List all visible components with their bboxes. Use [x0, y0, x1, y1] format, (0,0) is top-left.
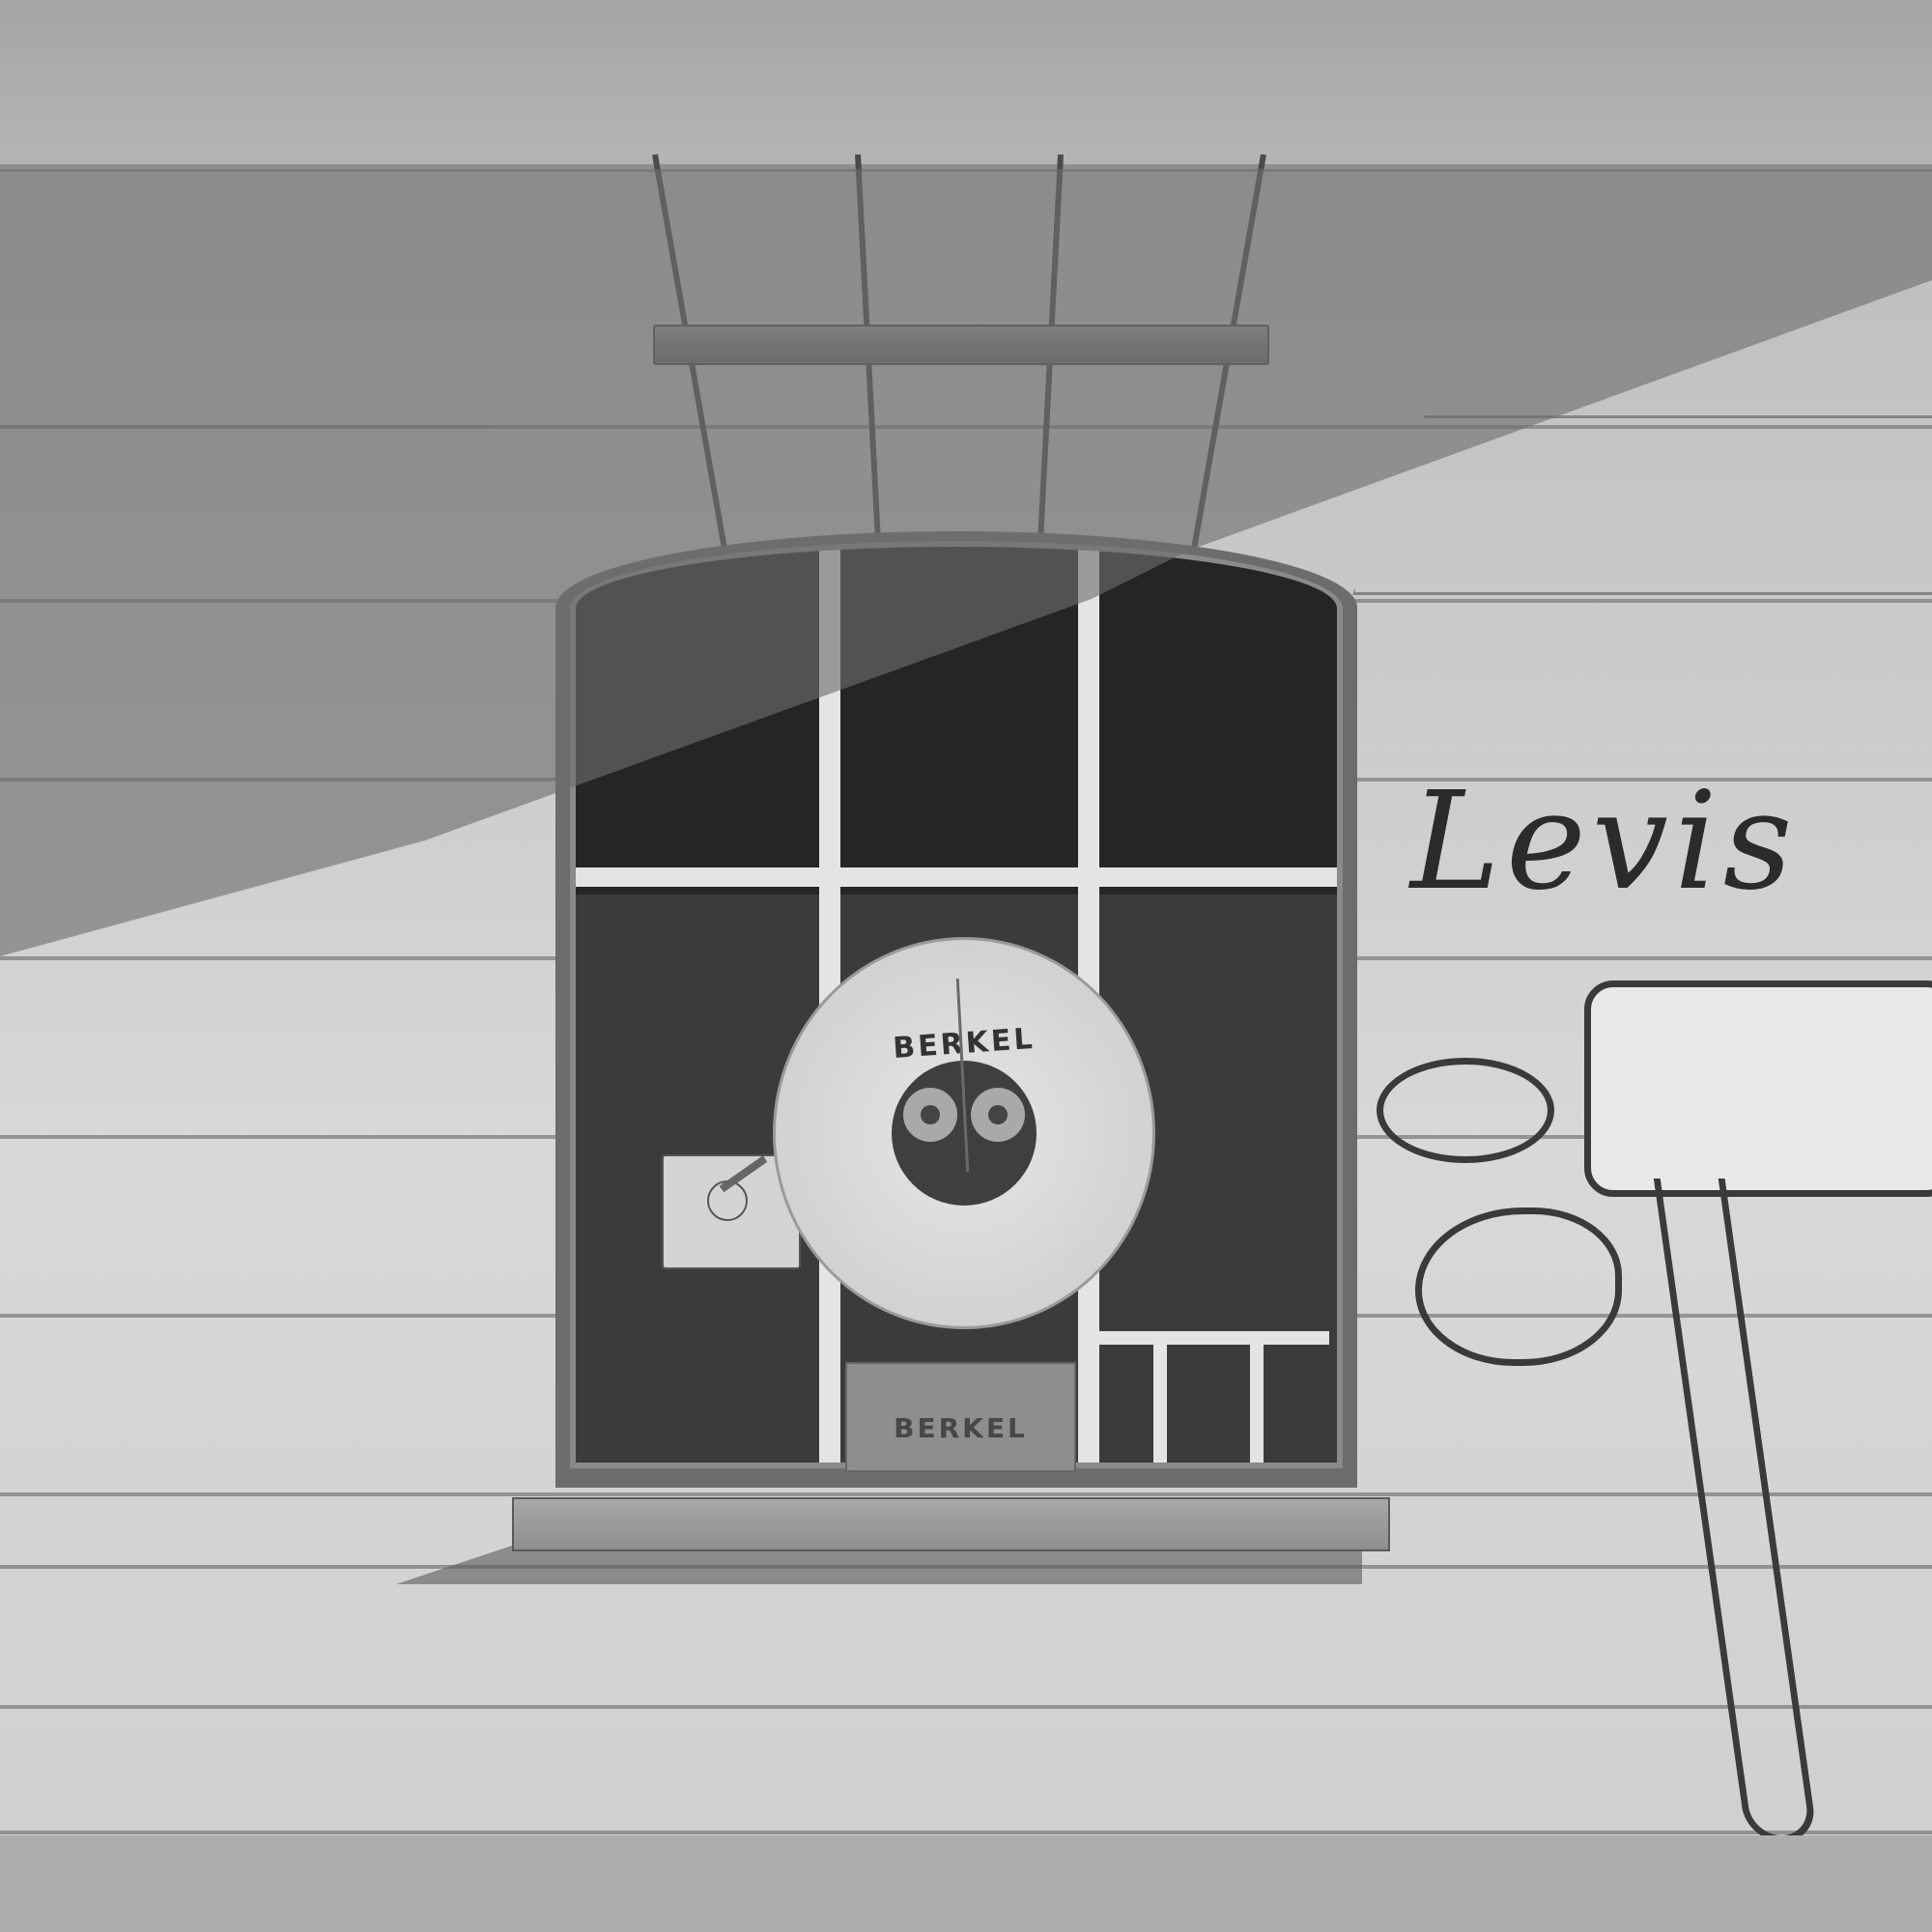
window-sill — [512, 1497, 1390, 1551]
window-mullion — [1153, 1339, 1167, 1468]
stone-course — [0, 1705, 1932, 1709]
photograph: BERKEL BERKEL Levis — [0, 0, 1932, 1932]
window-transom — [576, 867, 1343, 887]
wall-lintel — [0, 0, 1932, 169]
scale-dial: BERKEL — [773, 937, 1155, 1329]
window-mullion — [1250, 1339, 1264, 1468]
wall-base — [0, 1835, 1932, 1932]
base-brand: BERKEL — [847, 1412, 1074, 1444]
dial-disc — [971, 1088, 1025, 1142]
graffiti-shape — [1584, 980, 1932, 1197]
dial-disc — [903, 1088, 957, 1142]
scale-base: BERKEL — [845, 1362, 1076, 1472]
stone-course — [0, 1831, 1932, 1834]
graffiti-shape — [1415, 1207, 1622, 1366]
crank-arm — [720, 1155, 768, 1192]
stone-course — [0, 1492, 1932, 1496]
graffiti-stroke — [1654, 1179, 1819, 1842]
sill-shadow — [396, 1546, 1362, 1584]
window-transom — [1097, 1331, 1329, 1345]
graffiti-shape — [1377, 1058, 1554, 1163]
graffiti-tag: Levis — [1410, 763, 1799, 921]
